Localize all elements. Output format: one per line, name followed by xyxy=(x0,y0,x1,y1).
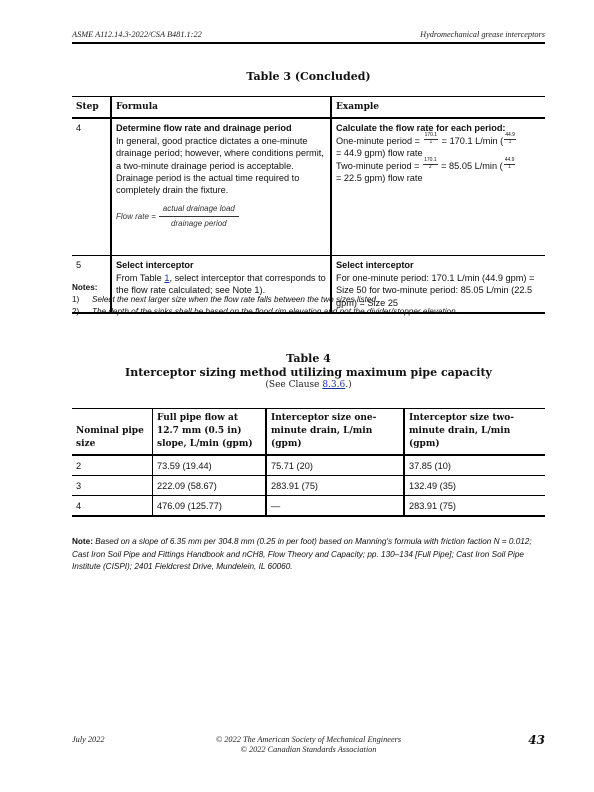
table-cell: 37.85 (10) xyxy=(404,455,545,476)
example-suffix: = 44.9 gpm) flow rate xyxy=(336,148,423,158)
table-row: 4 476.09 (125.77) — 283.91 (75) xyxy=(72,496,545,517)
fraction-denominator: 1 xyxy=(508,165,511,171)
table3-header-row: Step Formula Example xyxy=(72,97,545,119)
clause-link[interactable]: 8.3.6 xyxy=(322,380,345,390)
formula-text: In general, good practice dictates a one… xyxy=(116,136,324,196)
column-header-formula: Formula xyxy=(111,97,331,119)
formula-cell: Determine flow rate and drainage period … xyxy=(111,118,331,256)
flow-rate-equation: Flow rate = actual drainage load drainag… xyxy=(116,203,326,231)
note-item: 2) The depth of the sinks shall be based… xyxy=(72,306,545,318)
note-heading: Note: xyxy=(72,537,93,546)
small-fraction: 44.91 xyxy=(504,158,516,170)
equation-lhs: Flow rate = xyxy=(116,211,156,223)
column-header-example: Example xyxy=(331,97,545,119)
note-text: Select the next larger size when the flo… xyxy=(92,294,378,306)
copyright-asme: © 2022 The American Society of Mechanica… xyxy=(72,735,545,745)
footer-copyright: © 2022 The American Society of Mechanica… xyxy=(72,735,545,755)
table-cell: 3 xyxy=(72,476,153,496)
caption-text: (See Clause xyxy=(265,380,322,390)
small-fraction: 170.12 xyxy=(423,158,438,170)
equation-fraction: actual drainage load drainage period xyxy=(159,203,239,231)
column-header-nominal-pipe-size: Nominal pipe size xyxy=(72,409,153,456)
note-number: 2) xyxy=(72,306,92,318)
equation-numerator: actual drainage load xyxy=(159,203,239,217)
column-header-one-minute-drain: Interceptor size one-minute drain, L/min… xyxy=(266,409,404,456)
running-header: ASME A112.14.3-2022/CSA B481.1:22 Hydrom… xyxy=(72,30,545,42)
note-number: 1) xyxy=(72,294,92,306)
header-rule xyxy=(72,42,545,44)
formula-heading: Select interceptor xyxy=(116,259,326,271)
table-cell: 283.91 (75) xyxy=(266,476,404,496)
table3-notes: Notes: 1) Select the next larger size wh… xyxy=(72,282,545,318)
example-result: = 85.05 L/min ( xyxy=(441,161,503,171)
table4-caption: (See Clause 8.3.6.) xyxy=(72,380,545,390)
example-result: = 170.1 L/min ( xyxy=(442,136,504,146)
table-cell: 283.91 (75) xyxy=(404,496,545,517)
column-header-step: Step xyxy=(72,97,111,119)
small-fraction: 44.91 xyxy=(504,133,516,145)
page-footer: July 2022 © 2022 The American Society of… xyxy=(72,735,545,761)
page-number: 43 xyxy=(528,733,545,747)
fraction-denominator: 1 xyxy=(429,140,432,146)
note-text: The depth of the sinks shall be based on… xyxy=(92,306,458,318)
table-row: 3 222.09 (58.67) 283.91 (75) 132.49 (35) xyxy=(72,476,545,496)
section-title: Hydromechanical grease interceptors xyxy=(420,30,545,39)
copyright-csa: © 2022 Canadian Standards Association xyxy=(72,745,545,755)
table-row: 2 73.59 (19.44) 75.71 (20) 37.85 (10) xyxy=(72,455,545,476)
caption-text: .) xyxy=(345,380,351,390)
table-row: 4 Determine flow rate and drainage perio… xyxy=(72,118,545,256)
fraction-denominator: 2 xyxy=(429,165,432,171)
table-cell: 222.09 (58.67) xyxy=(153,476,267,496)
note-text: Based on a slope of 6.35 mm per 304.8 mm… xyxy=(72,537,532,571)
table4-title: Interceptor sizing method utilizing maxi… xyxy=(72,366,545,379)
small-fraction: 170.11 xyxy=(424,133,439,145)
table4-header-row: Nominal pipe size Full pipe flow at 12.7… xyxy=(72,409,545,456)
table4: Nominal pipe size Full pipe flow at 12.7… xyxy=(72,408,545,517)
table4-note: Note: Based on a slope of 6.35 mm per 30… xyxy=(72,536,545,574)
table-cell: 476.09 (125.77) xyxy=(153,496,267,517)
table-cell: 73.59 (19.44) xyxy=(153,455,267,476)
example-suffix: = 22.5 gpm) flow rate xyxy=(336,173,423,183)
notes-heading: Notes: xyxy=(72,282,545,294)
step-number: 4 xyxy=(72,118,111,256)
example-heading: Select interceptor xyxy=(336,259,541,271)
example-cell: Calculate the flow rate for each period:… xyxy=(331,118,545,256)
fraction-denominator: 1 xyxy=(509,140,512,146)
table-cell: 75.71 (20) xyxy=(266,455,404,476)
example-prefix: One-minute period = xyxy=(336,136,420,146)
example-line-one-minute: One-minute period = 170.11 = 170.1 L/min… xyxy=(336,135,541,160)
table-cell: — xyxy=(266,496,404,517)
table-cell: 4 xyxy=(72,496,153,517)
column-header-full-pipe-flow: Full pipe flow at 12.7 mm (0.5 in) slope… xyxy=(153,409,267,456)
equation-denominator: drainage period xyxy=(171,217,227,230)
table-cell: 2 xyxy=(72,455,153,476)
table3-title: Table 3 (Concluded) xyxy=(72,70,545,83)
formula-heading: Determine flow rate and drainage period xyxy=(116,122,326,134)
table4-number: Table 4 xyxy=(72,352,545,365)
table-cell: 132.49 (35) xyxy=(404,476,545,496)
example-line-two-minute: Two-minute period = 170.12 = 85.05 L/min… xyxy=(336,160,541,185)
document-id: ASME A112.14.3-2022/CSA B481.1:22 xyxy=(72,30,202,39)
column-header-two-minute-drain: Interceptor size two-minute drain, L/min… xyxy=(404,409,545,456)
example-prefix: Two-minute period = xyxy=(336,161,420,171)
note-item: 1) Select the next larger size when the … xyxy=(72,294,545,306)
